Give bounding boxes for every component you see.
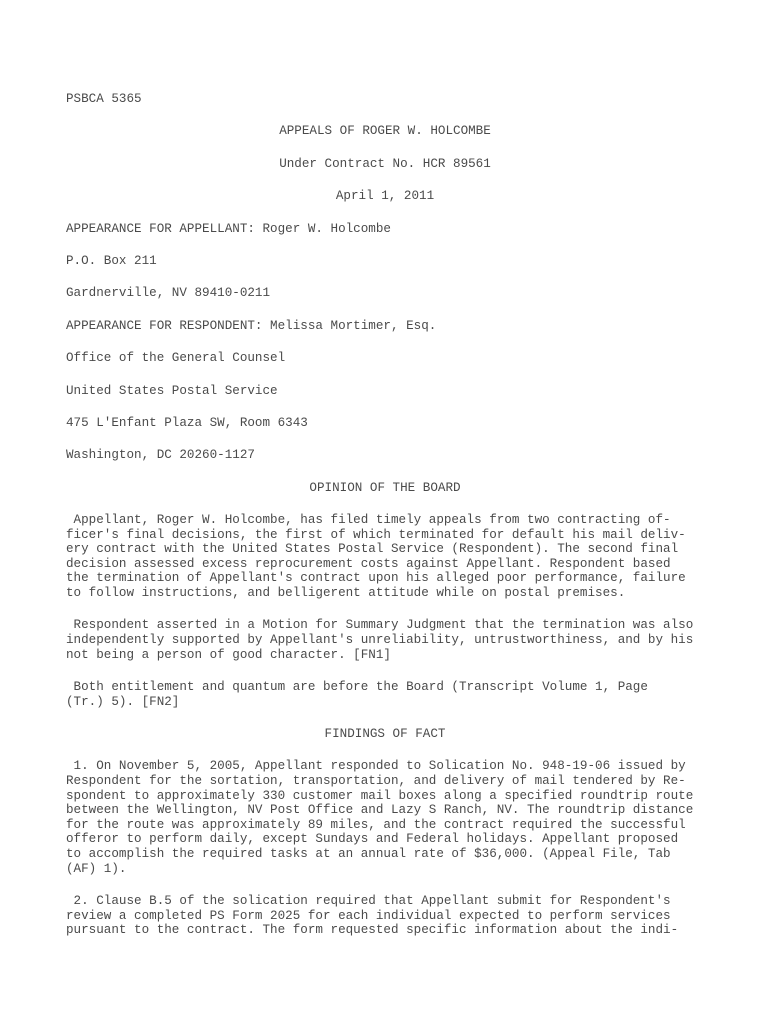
finding-paragraph: 1. On November 5, 2005, Appellant respon… bbox=[66, 759, 704, 876]
findings-heading: FINDINGS OF FACT bbox=[66, 727, 704, 742]
case-title: APPEALS OF ROGER W. HOLCOMBE bbox=[66, 124, 704, 139]
opinion-paragraph: Respondent asserted in a Motion for Summ… bbox=[66, 618, 704, 662]
respondent-address-line-1: 475 L'Enfant Plaza SW, Room 6343 bbox=[66, 416, 704, 431]
contract-reference: Under Contract No. HCR 89561 bbox=[66, 157, 704, 172]
document-page: PSBCA 5365 APPEALS OF ROGER W. HOLCOMBE … bbox=[0, 0, 770, 1024]
appellant-address-line-2: Gardnerville, NV 89410-0211 bbox=[66, 286, 704, 301]
opinion-paragraph: Both entitlement and quantum are before … bbox=[66, 680, 704, 709]
appellant-address-line-1: P.O. Box 211 bbox=[66, 254, 704, 269]
appearance-respondent-line: APPEARANCE FOR RESPONDENT: Melissa Morti… bbox=[66, 319, 704, 334]
opinion-paragraph: Appellant, Roger W. Holcombe, has filed … bbox=[66, 513, 704, 601]
appearance-appellant-line: APPEARANCE FOR APPELLANT: Roger W. Holco… bbox=[66, 222, 704, 237]
decision-date: April 1, 2011 bbox=[66, 189, 704, 204]
opinion-heading: OPINION OF THE BOARD bbox=[66, 481, 704, 496]
respondent-agency-line: United States Postal Service bbox=[66, 384, 704, 399]
docket-number: PSBCA 5365 bbox=[66, 92, 704, 107]
respondent-office-line: Office of the General Counsel bbox=[66, 351, 704, 366]
finding-paragraph: 2. Clause B.5 of the solication required… bbox=[66, 894, 704, 938]
respondent-address-line-2: Washington, DC 20260-1127 bbox=[66, 448, 704, 463]
